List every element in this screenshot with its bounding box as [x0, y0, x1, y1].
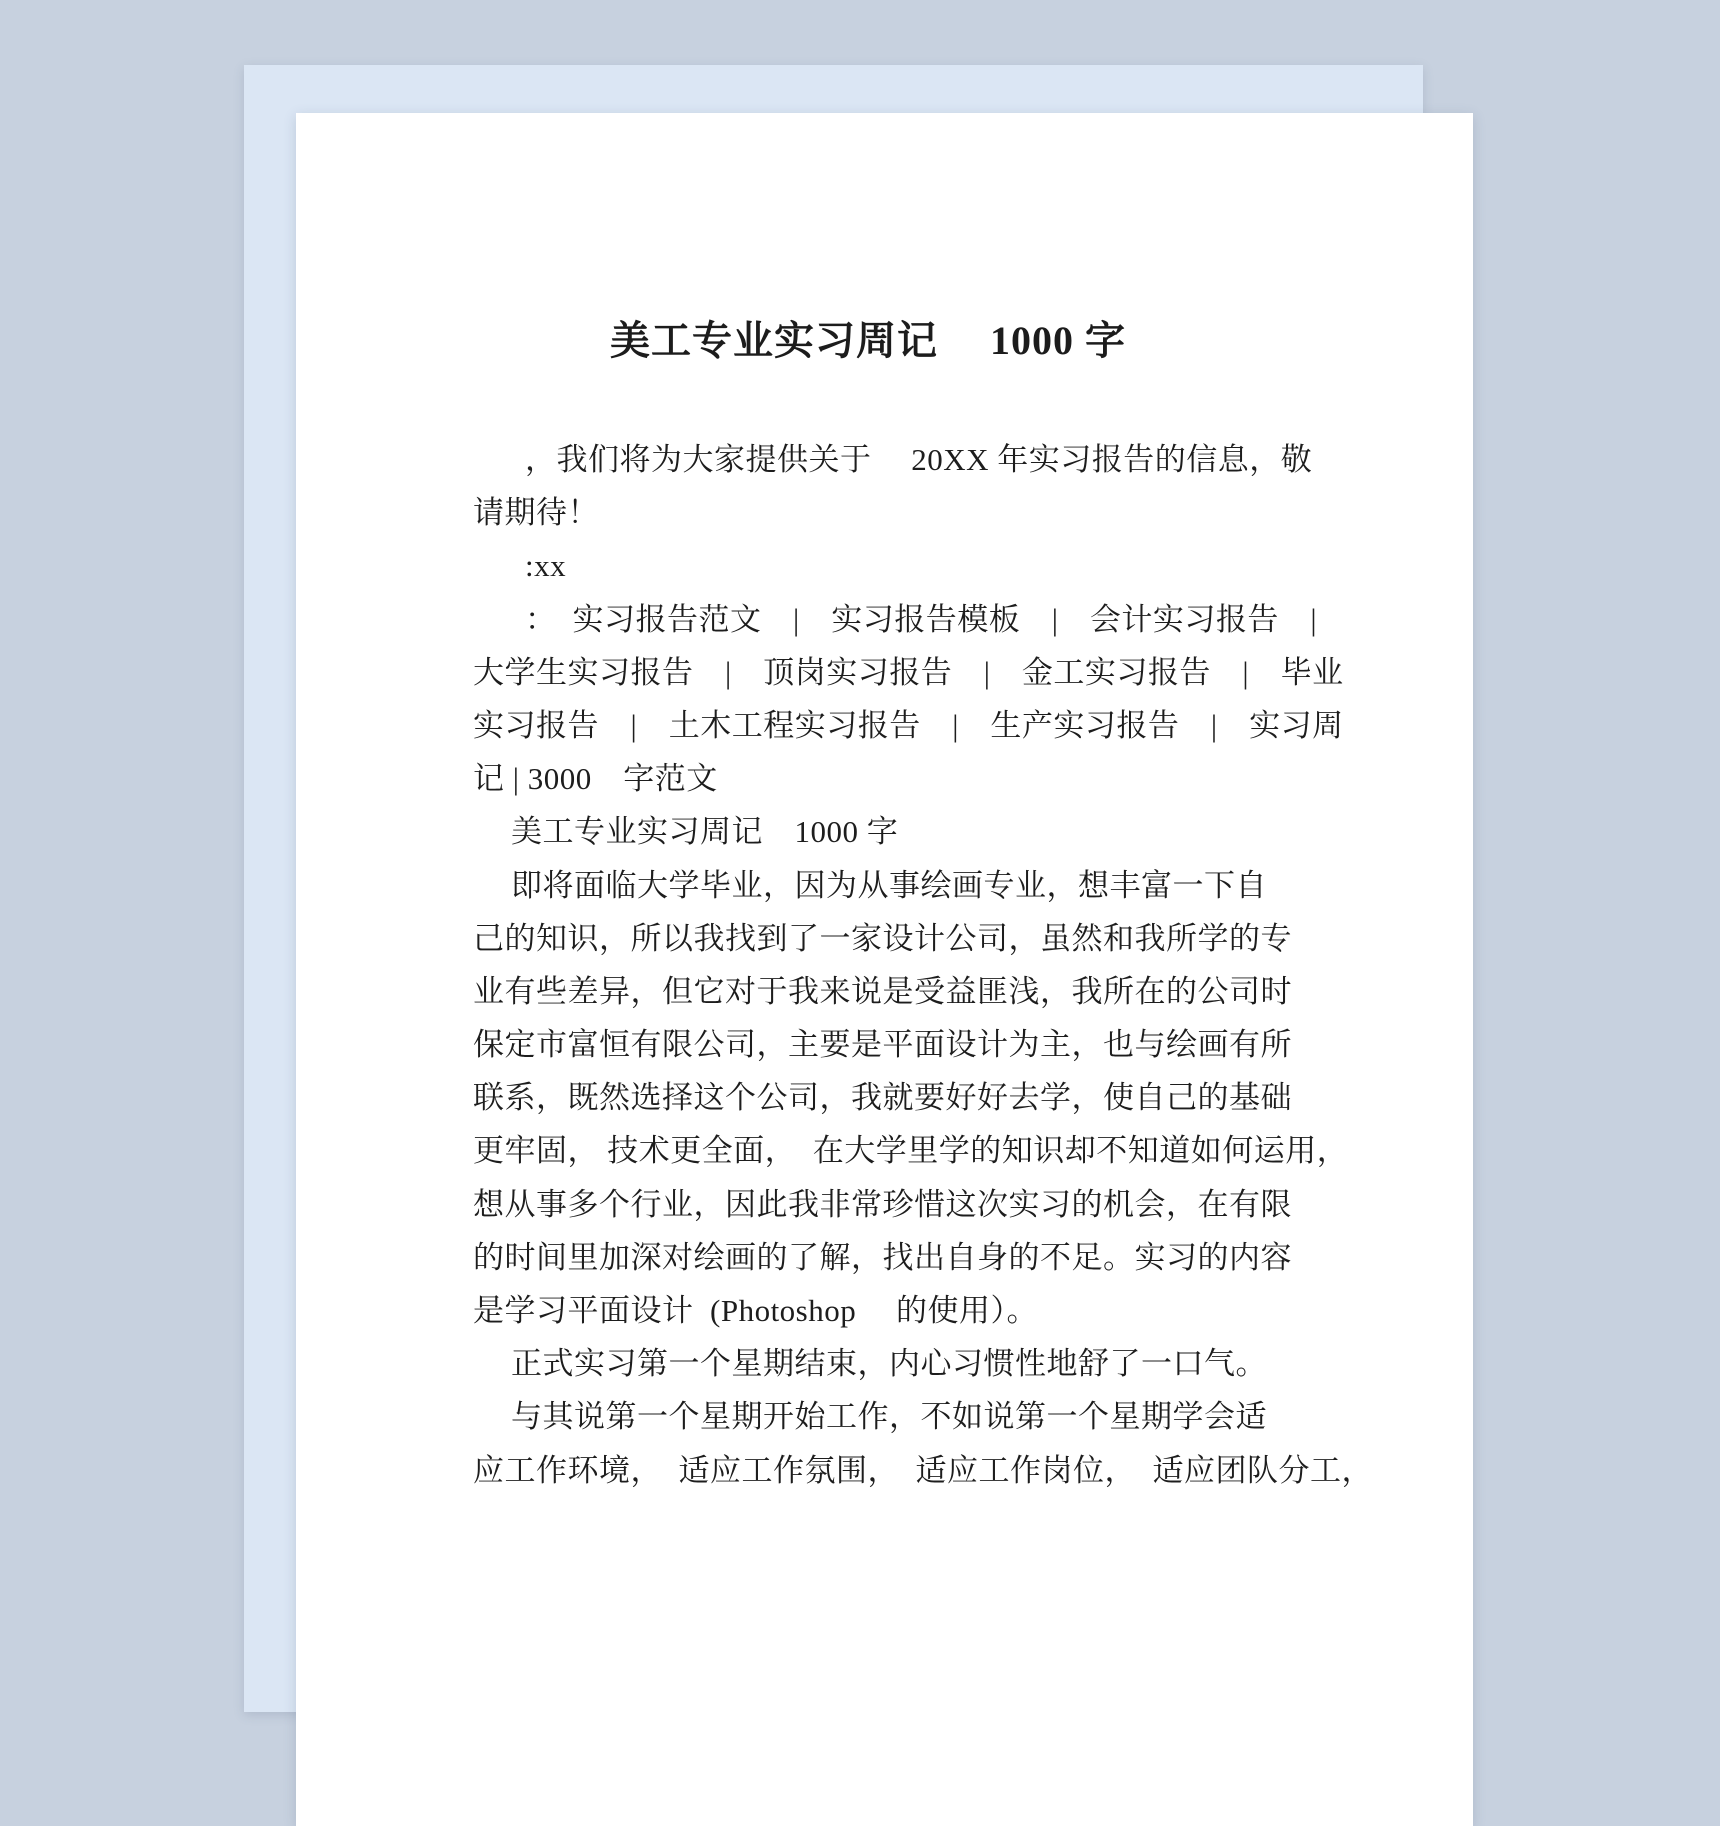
- text-line: 业有些差异，但它对于我来说是受益匪浅，我所在的公司时: [473, 965, 1263, 1018]
- text-line: 实习报告 | 土木工程实习报告 | 生产实习报告 | 实习周: [473, 699, 1263, 752]
- text-line: 即将面临大学毕业，因为从事绘画专业，想丰富一下自: [473, 859, 1263, 912]
- document-body: ，我们将为大家提供关于 20XX 年实习报告的信息，敬请期待！:xx： 实习报告…: [473, 433, 1263, 1497]
- text-line: 的时间里加深对绘画的了解，找出自身的不足。实习的内容: [473, 1231, 1263, 1284]
- text-line: 记 | 3000 字范文: [473, 752, 1263, 805]
- desktop-background: 美工专业实习周记 1000 字 ，我们将为大家提供关于 20XX 年实习报告的信…: [0, 0, 1720, 1826]
- text-line: :xx: [473, 539, 1263, 592]
- screenshot-root: { "page": { "background_color": "#c7d1df…: [0, 0, 1720, 1826]
- text-line: 是学习平面设计 (Photoshop 的使用）。: [473, 1284, 1263, 1337]
- text-line: 保定市富恒有限公司，主要是平面设计为主，也与绘画有所: [473, 1018, 1263, 1071]
- text-line: ，我们将为大家提供关于 20XX 年实习报告的信息，敬: [473, 433, 1263, 486]
- text-line: 请期待！: [473, 486, 1263, 539]
- document-title: 美工专业实习周记 1000 字: [473, 309, 1263, 366]
- text-line: 想从事多个行业，因此我非常珍惜这次实习的机会，在有限: [473, 1178, 1263, 1231]
- text-line: 己的知识，所以我找到了一家设计公司，虽然和我所学的专: [473, 912, 1263, 965]
- text-line: 联系，既然选择这个公司，我就要好好去学，使自己的基础: [473, 1071, 1263, 1124]
- text-line: 应工作环境， 适应工作氛围， 适应工作岗位， 适应团队分工，: [473, 1444, 1263, 1497]
- text-line: 大学生实习报告 | 顶岗实习报告 | 金工实习报告 | 毕业: [473, 646, 1263, 699]
- text-line: 更牢固， 技术更全面， 在大学里学的知识却不知道如何运用，: [473, 1124, 1263, 1177]
- text-line: 与其说第一个星期开始工作，不如说第一个星期学会适: [473, 1390, 1263, 1443]
- document-page: 美工专业实习周记 1000 字 ，我们将为大家提供关于 20XX 年实习报告的信…: [296, 113, 1473, 1826]
- text-line: ： 实习报告范文 | 实习报告模板 | 会计实习报告 |: [473, 593, 1263, 646]
- text-line: 正式实习第一个星期结束，内心习惯性地舒了一口气。: [473, 1337, 1263, 1390]
- text-line: 美工专业实习周记 1000 字: [473, 805, 1263, 858]
